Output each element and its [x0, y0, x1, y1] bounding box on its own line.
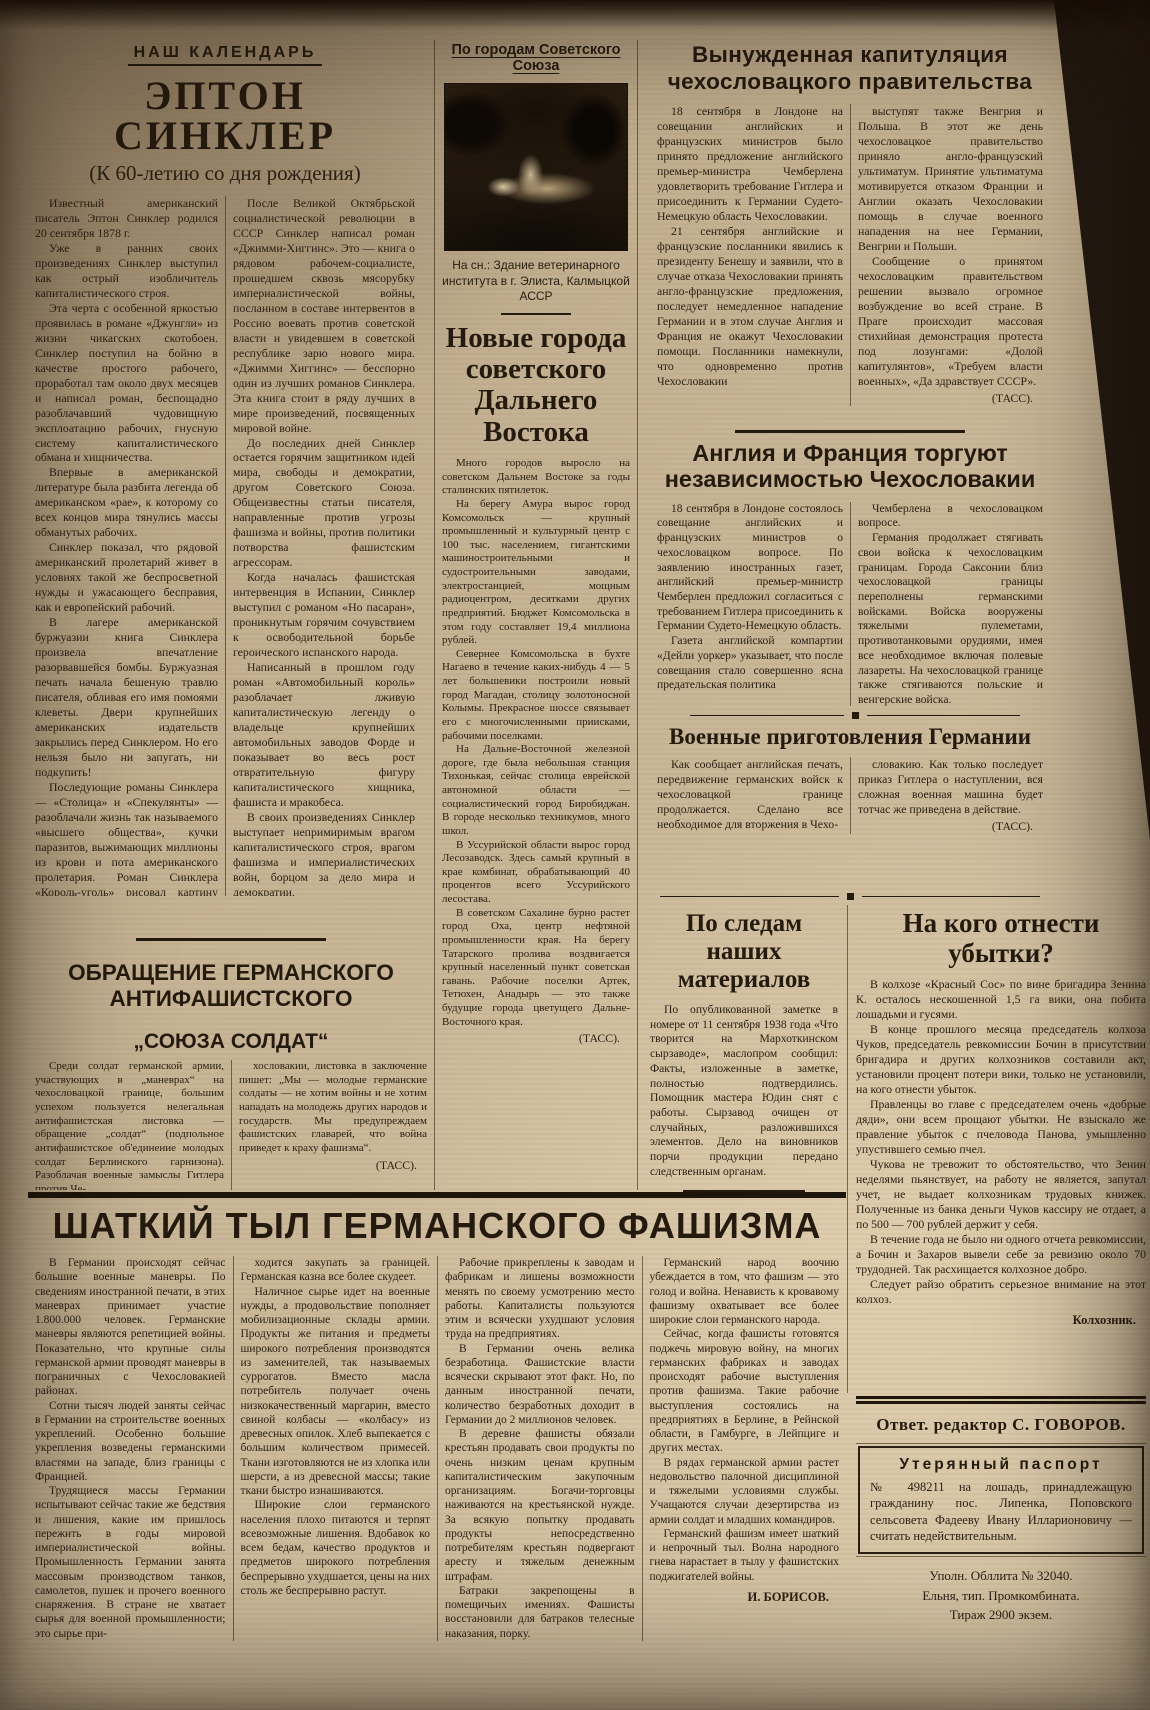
- double-rule: [856, 1396, 1146, 1404]
- paragraph: Германский народ воочию убеждается в том…: [650, 1256, 840, 1327]
- paragraph: На берегу Амура вырос город Комсомольск …: [442, 498, 630, 648]
- article-title-england-france: Англия и Франция торгуют независимостью …: [650, 440, 1050, 493]
- article-text: Германский народ воочию убеждается в том…: [650, 1256, 840, 1584]
- paragraph: До последних дней Синклер остается горяч…: [233, 436, 415, 571]
- divider-rule: [136, 938, 326, 941]
- article-column: Среди солдат германской армии, участвующ…: [28, 1060, 231, 1190]
- paragraph: Сообщение о принятом чехословацким прави…: [858, 254, 1043, 389]
- paragraph: Чукова не тревожит то обстоятельство, чт…: [856, 1157, 1146, 1232]
- article-title-following-materials: По следам наших материалов: [650, 910, 838, 994]
- article-column: Известный американский писатель Эптон Си…: [28, 196, 225, 896]
- ad-title: Утерянный паспорт: [870, 1456, 1132, 1474]
- photo-caption: На сн.: Здание ветеринарного института в…: [442, 258, 630, 305]
- paragraph: Германия продолжает стягивать свои войск…: [858, 531, 1043, 706]
- article-text: хословакии, листовка в заключение пишет:…: [239, 1060, 427, 1155]
- divider-rule: [735, 430, 965, 433]
- article-text: выступят также Венгрия и Польша. В этот …: [858, 104, 1043, 388]
- paragraph: Батраки закрепощены в помещичьих имениях…: [445, 1584, 635, 1641]
- article-text: Чемберлена в чехословацком вопросе.Герма…: [858, 502, 1043, 706]
- paragraph: Правленцы во главе с председателем очень…: [856, 1097, 1146, 1157]
- paragraph: В своих произведениях Синклер выступает …: [233, 810, 415, 896]
- ornament-divider: [660, 893, 1040, 900]
- paragraph: Как сообщает английская печать, передвиж…: [657, 757, 843, 832]
- article-soldiers-union: ОБРАЩЕНИЕ ГЕРМАНСКОГО АНТИФАШИСТСКОГО „С…: [28, 938, 434, 1190]
- article-column: После Великой Октябрьской социалистическ…: [225, 196, 422, 896]
- article-title-soldiers-union: ОБРАЩЕНИЕ ГЕРМАНСКОГО АНТИФАШИСТСКОГО: [28, 960, 434, 1012]
- paragraph: В рядах германской армии растет недоволь…: [650, 1456, 840, 1527]
- section-kicker: НАШ КАЛЕНДАРЬ: [128, 44, 323, 66]
- paragraph: Следует райзо обратить серьезное внимани…: [856, 1277, 1146, 1307]
- paragraph: В колхозе «Красный Сос» по вине бригадир…: [856, 977, 1146, 1022]
- article-text: В колхозе «Красный Сос» по вине бригадир…: [856, 977, 1146, 1306]
- article-title-capitulation: Вынужденная капитуляция чехословацкого п…: [650, 42, 1050, 95]
- paragraph: Чемберлена в чехословацком вопросе.: [858, 502, 1043, 531]
- article-czech-capitulation: Вынужденная капитуляция чехословацкого п…: [650, 42, 1050, 428]
- paragraph: На Дальне-Восточной железной дороге, где…: [442, 743, 630, 838]
- paragraph: В Уссурийской области вырос город Лесоза…: [442, 839, 630, 907]
- tass-attribution: (ТАСС).: [239, 1158, 417, 1173]
- paragraph: По опубликованной заметке в номере от 11…: [650, 1003, 838, 1180]
- photo-shadow-top-edge: [0, 0, 1150, 30]
- article-text: словакию. Как только последует приказ Ги…: [858, 757, 1043, 817]
- article-column: ходится закупать за границей. Германская…: [233, 1256, 438, 1641]
- article-column: Германский народ воочию убеждается в том…: [642, 1256, 847, 1641]
- article-text: Много городов выросло на советском Дальн…: [442, 457, 630, 1029]
- article-column: словакию. Как только последует приказ Ги…: [850, 757, 1050, 834]
- paragraph: Сейчас, когда фашисты готовятся поджечь …: [650, 1327, 840, 1455]
- paragraph: Германский фашизм имеет шаткий и непрочн…: [650, 1527, 840, 1584]
- tass-attribution: (ТАСС).: [858, 819, 1033, 834]
- paragraph: ходится закупать за границей. Германская…: [241, 1256, 431, 1285]
- article-kolkhoz-losses: На кого отнести убытки? В колхозе «Красн…: [856, 908, 1146, 1390]
- article-title-soldiers-union-line2: „СОЮЗА СОЛДАТ“: [28, 1030, 434, 1053]
- imprint-censor: Уполн. Обллита № 32040.: [856, 1566, 1146, 1586]
- paragraph: 21 сентября английские и французские пос…: [657, 224, 843, 389]
- article-war-preparations: Военные приготовления Германии Как сообщ…: [650, 724, 1050, 886]
- paragraph: выступят также Венгрия и Польша. В этот …: [858, 104, 1043, 254]
- article-text: После Великой Октябрьской социалистическ…: [233, 196, 415, 896]
- article-column: 18 сентября в Лондоне на совещании англи…: [650, 104, 850, 405]
- paragraph: 18 сентября в Лондоне на совещании англи…: [657, 104, 843, 224]
- editor-line: Ответ. редактор С. ГОВОРОВ.: [856, 1415, 1146, 1435]
- paragraph: хословакии, листовка в заключение пишет:…: [239, 1060, 427, 1155]
- paragraph: Написанный в прошлом году роман «Автомоб…: [233, 660, 415, 810]
- paragraph: В течение года не было ни одного отчета …: [856, 1232, 1146, 1277]
- paragraph: Газета английской компартии «Дейли уорке…: [657, 634, 843, 693]
- ornament-divider: [690, 712, 1020, 719]
- imprint-printer: Ельня, тип. Промкомбината.: [856, 1586, 1146, 1606]
- article-column: В Германии происходят сейчас большие вое…: [28, 1256, 233, 1641]
- article-subtitle: (К 60-летию со дня рождения): [28, 161, 422, 186]
- article-following-materials: По следам наших материалов По опубликова…: [650, 910, 842, 1198]
- paragraph: Известный американский писатель Эптон Си…: [35, 196, 218, 241]
- paragraph: Широкие слои германского населения плохо…: [241, 1498, 431, 1598]
- author-byline: И. БОРИСОВ.: [650, 1590, 830, 1605]
- article-column: выступят также Венгрия и Польша. В этот …: [850, 104, 1050, 405]
- paragraph: Севернее Комсомольска в бухте Нагаево в …: [442, 648, 630, 743]
- paragraph: В лагере американской буржуазии книга Си…: [35, 615, 218, 780]
- paragraph: В Германии очень велика безработица. Фаш…: [445, 1342, 635, 1428]
- article-text: По опубликованной заметке в номере от 11…: [650, 1003, 838, 1180]
- author-byline: Колхозник.: [856, 1313, 1136, 1328]
- article-column: Рабочие прикреплены к заводам и фабрикам…: [437, 1256, 642, 1641]
- article-column: хословакии, листовка в заключение пишет:…: [231, 1060, 434, 1190]
- photo-shadow-right-edge: [1054, 0, 1150, 840]
- article-title-shaky-rear: ШАТКИЙ ТЫЛ ГЕРМАНСКОГО ФАШИЗМА: [28, 1208, 846, 1244]
- paragraph: Последующие романы Синклера — «Столица» …: [35, 780, 218, 896]
- article-upton-sinclair: НАШ КАЛЕНДАРЬ ЭПТОН СИНКЛЕР (К 60-летию …: [28, 44, 422, 936]
- ad-text: № 498211 на лошадь, принадлежащую гражда…: [870, 1479, 1132, 1544]
- article-title-new-cities: Новые города советского Дальнего Востока: [442, 323, 630, 448]
- section-divider-thick: [28, 1192, 846, 1198]
- footer-block: Ответ. редактор С. ГОВОРОВ. Утерянный па…: [856, 1396, 1146, 1704]
- paragraph: Синклер показал, что рядовой американски…: [35, 540, 218, 615]
- article-shaky-rear: ШАТКИЙ ТЫЛ ГЕРМАНСКОГО ФАШИЗМА В Германи…: [28, 1204, 846, 1708]
- article-column: 18 сентября в Лондоне состоялось совещан…: [650, 502, 850, 706]
- paragraph: словакию. Как только последует приказ Ги…: [858, 757, 1043, 817]
- imprint-circulation: Тираж 2900 экзем.: [856, 1605, 1146, 1625]
- paragraph: После Великой Октябрьской социалистическ…: [233, 196, 415, 436]
- article-title-war-preparations: Военные приготовления Германии: [650, 724, 1050, 749]
- lost-passport-ad: Утерянный паспорт № 498211 на лошадь, пр…: [858, 1446, 1144, 1554]
- paragraph: В Германии происходят сейчас большие вое…: [35, 1256, 226, 1399]
- article-england-france: Англия и Франция торгуют независимостью …: [650, 430, 1050, 706]
- article-title-losses: На кого отнести убытки?: [856, 908, 1146, 968]
- paragraph: Впервые в американской литературе была р…: [35, 465, 218, 540]
- column-rule: [847, 905, 848, 1393]
- photo-veterinary-institute: [444, 83, 628, 251]
- paragraph: Сотни тысяч людей заняты сейчас в Герман…: [35, 1399, 226, 1485]
- article-title-upton-sinclair: ЭПТОН СИНКЛЕР: [28, 76, 422, 156]
- paragraph: Рабочие прикреплены к заводам и фабрикам…: [445, 1256, 635, 1342]
- paragraph: 18 сентября в Лондоне состоялось совещан…: [657, 502, 843, 634]
- paragraph: Когда началась фашистская интервенция в …: [233, 570, 415, 660]
- tass-attribution: (ТАСС).: [442, 1031, 620, 1046]
- paragraph: Трудящиеся массы Германии испытывают сей…: [35, 1484, 226, 1641]
- photo-section-kicker: По городам Советского Союза: [442, 42, 630, 74]
- article-column: Как сообщает английская печать, передвиж…: [650, 757, 850, 834]
- paragraph: В советском Сахалине бурно растет город …: [442, 907, 630, 1030]
- paragraph: Эта черта с особенной яркостью проявилас…: [35, 301, 218, 466]
- divider-rule: [501, 313, 571, 315]
- tass-attribution: (ТАСС).: [858, 391, 1033, 406]
- article-column: Чемберлена в чехословацком вопросе.Герма…: [850, 502, 1050, 706]
- newspaper-page: НАШ КАЛЕНДАРЬ ЭПТОН СИНКЛЕР (К 60-летию …: [0, 0, 1150, 1710]
- paragraph: Много городов выросло на советском Дальн…: [442, 457, 630, 498]
- paragraph: Наличное сырье идет на военные нужды, а …: [241, 1285, 431, 1499]
- paragraph: Уже в ранних своих произведениях Синклер…: [35, 241, 218, 301]
- paragraph: В конце прошлого месяца председатель кол…: [856, 1022, 1146, 1097]
- paragraph: Среди солдат германской армии, участвующ…: [35, 1060, 224, 1190]
- article-far-east-cities: По городам Советского Союза На сн.: Здан…: [434, 40, 638, 1190]
- paragraph: В деревне фашисты обязали крестьян прода…: [445, 1427, 635, 1584]
